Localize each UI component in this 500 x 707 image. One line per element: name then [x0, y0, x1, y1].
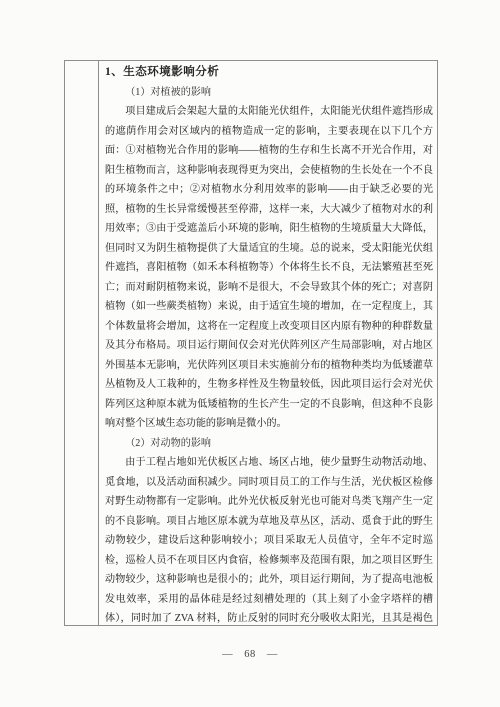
table-left-empty-column: [65, 61, 99, 625]
subheading-animal-impact: （2）对动物的影响: [105, 434, 433, 454]
paragraph-vegetation-impact: 项目建成后会架起大量的太阳能光伏组件，太阳能光伏组件遮挡形成的遮荫作用会对区域内…: [105, 102, 433, 434]
table-content-cell: 1、生态环境影响分析 （1）对植被的影响 项目建成后会架起大量的太阳能光伏组件，…: [99, 61, 437, 625]
content-table: 1、生态环境影响分析 （1）对植被的影响 项目建成后会架起大量的太阳能光伏组件，…: [64, 60, 438, 626]
section-heading: 1、生态环境影响分析: [105, 63, 433, 83]
page-number-footer: — 68 —: [0, 649, 500, 660]
paragraph-animal-impact: 由于工程占地如光伏板区占地、场区占地，使少量野生动物活动地、觅食地，以及活动面积…: [105, 453, 433, 625]
subheading-vegetation-impact: （1）对植被的影响: [105, 83, 433, 103]
document-page: 1、生态环境影响分析 （1）对植被的影响 项目建成后会架起大量的太阳能光伏组件，…: [0, 0, 500, 707]
